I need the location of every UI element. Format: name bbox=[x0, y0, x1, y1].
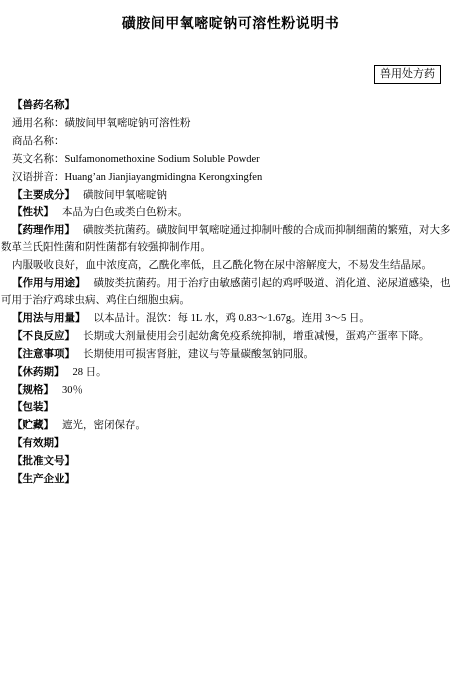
section-label: 【贮藏】 bbox=[12, 419, 54, 431]
prescription-badge-row: 兽用处方药 bbox=[0, 64, 461, 84]
section-text: 长期或大剂量使用会引起幼禽免疫系统抑制，增重减慢，蛋鸡产蛋率下降。 bbox=[83, 331, 430, 342]
doc-paragraph: 【作用与用途】磺胺类抗菌药。用于治疗由敏感菌引起的鸡呼吸道、消化道、泌尿道感染，… bbox=[1, 275, 460, 310]
section-text: 通用名称：磺胺间甲氧嘧啶钠可溶性粉 bbox=[12, 118, 191, 129]
instruction-document-page: 磺胺间甲氧嘧啶钠可溶性粉说明书 兽用处方药 【兽药名称】 通用名称：磺胺间甲氧嘧… bbox=[0, 0, 461, 678]
section-label: 【休药期】 bbox=[12, 366, 65, 378]
doc-paragraph: 商品名称： bbox=[1, 133, 460, 151]
section-text: 28 日。 bbox=[73, 367, 107, 378]
doc-paragraph: 【注意事项】长期使用可损害肾脏，建议与等量碳酸氢钠同服。 bbox=[1, 346, 460, 364]
section-text: 30％ bbox=[62, 385, 83, 396]
doc-paragraph: 【兽药名称】 bbox=[1, 97, 460, 115]
doc-paragraph: 通用名称：磺胺间甲氧嘧啶钠可溶性粉 bbox=[1, 115, 460, 133]
doc-paragraph: 汉语拼音：Huang’an Jianjiayangmidingna Kerong… bbox=[1, 169, 460, 187]
section-label: 【性状】 bbox=[12, 206, 54, 218]
doc-paragraph: 【用法与用量】以本品计。混饮：每 1L 水，鸡 0.83～1.67g。连用 3～… bbox=[1, 310, 460, 328]
doc-paragraph: 【休药期】28 日。 bbox=[1, 364, 460, 382]
doc-title: 磺胺间甲氧嘧啶钠可溶性粉说明书 bbox=[0, 14, 461, 34]
section-label: 【药理作用】 bbox=[12, 224, 75, 236]
prescription-badge: 兽用处方药 bbox=[374, 65, 441, 84]
section-text: 本品为白色或类白色粉末。 bbox=[62, 207, 188, 218]
section-text: 磺胺间甲氧嘧啶钠 bbox=[83, 190, 167, 201]
doc-paragraph: 内服吸收良好，血中浓度高，乙酰化率低，且乙酰化物在尿中溶解度大，不易发生结晶尿。 bbox=[1, 257, 460, 275]
section-label: 【批准文号】 bbox=[12, 455, 75, 467]
section-text: 汉语拼音：Huang’an Jianjiayangmidingna Kerong… bbox=[12, 172, 262, 183]
section-label: 【用法与用量】 bbox=[12, 312, 86, 324]
doc-body: 【兽药名称】 通用名称：磺胺间甲氧嘧啶钠可溶性粉 商品名称： 英文名称：Sulf… bbox=[0, 97, 461, 489]
doc-paragraph: 【主要成分】磺胺间甲氧嘧啶钠 bbox=[1, 187, 460, 205]
section-text: 内服吸收良好，血中浓度高，乙酰化率低，且乙酰化物在尿中溶解度大，不易发生结晶尿。 bbox=[12, 260, 432, 271]
section-label: 【主要成分】 bbox=[12, 189, 75, 201]
doc-paragraph: 【贮藏】遮光，密闭保存。 bbox=[1, 417, 460, 435]
doc-paragraph: 【批准文号】 bbox=[1, 453, 460, 471]
section-label: 【生产企业】 bbox=[12, 473, 75, 485]
section-label: 【规格】 bbox=[12, 384, 54, 396]
section-label: 【注意事项】 bbox=[12, 348, 75, 360]
section-label: 【作用与用途】 bbox=[12, 277, 86, 289]
section-text: 以本品计。混饮：每 1L 水，鸡 0.83～1.67g。连用 3～5 日。 bbox=[94, 313, 370, 324]
section-text: 遮光，密闭保存。 bbox=[62, 420, 146, 431]
section-label: 【包装】 bbox=[12, 401, 54, 413]
doc-paragraph: 【规格】30％ bbox=[1, 382, 460, 400]
doc-paragraph: 【有效期】 bbox=[1, 435, 460, 453]
doc-paragraph: 【药理作用】磺胺类抗菌药。磺胺间甲氧嘧啶通过抑制叶酸的合成而抑制细菌的繁殖，对大… bbox=[1, 222, 460, 257]
section-label: 【有效期】 bbox=[12, 437, 65, 449]
doc-paragraph: 【性状】本品为白色或类白色粉末。 bbox=[1, 204, 460, 222]
section-label: 【兽药名称】 bbox=[12, 99, 75, 111]
doc-paragraph: 【不良反应】长期或大剂量使用会引起幼禽免疫系统抑制，增重减慢，蛋鸡产蛋率下降。 bbox=[1, 328, 460, 346]
doc-paragraph: 【包装】 bbox=[1, 399, 460, 417]
doc-paragraph: 英文名称：Sulfamonomethoxine Sodium Soluble P… bbox=[1, 151, 460, 169]
doc-paragraph: 【生产企业】 bbox=[1, 471, 460, 489]
section-text: 商品名称： bbox=[12, 136, 65, 147]
section-label: 【不良反应】 bbox=[12, 330, 75, 342]
section-text: 英文名称：Sulfamonomethoxine Sodium Soluble P… bbox=[12, 154, 260, 165]
section-text: 长期使用可损害肾脏，建议与等量碳酸氢钠同服。 bbox=[83, 349, 314, 360]
